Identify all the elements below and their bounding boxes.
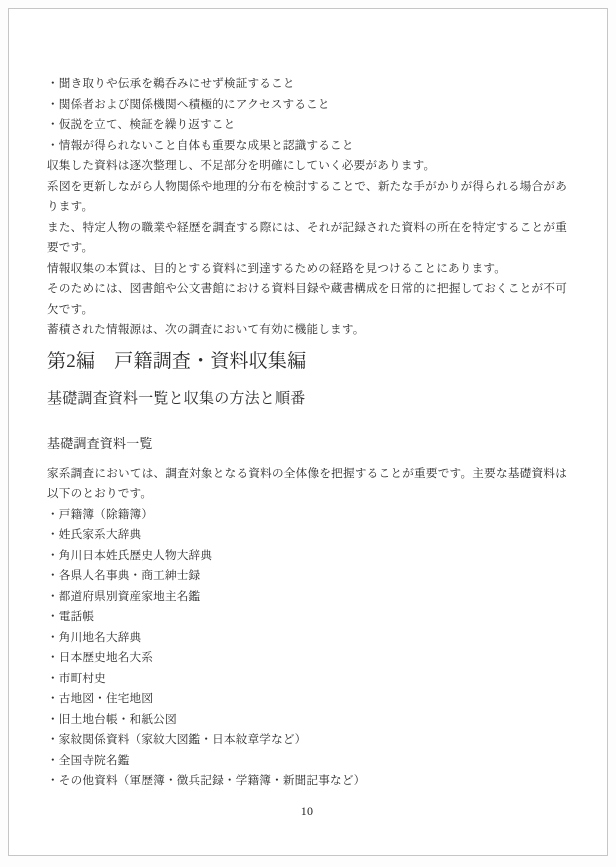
list-item: ・姓氏家系大辞典 (47, 525, 567, 546)
paragraph: 収集した資料は逐次整理し、不足部分を明確にしていく必要があります。 (47, 156, 567, 177)
list-item: ・旧土地台帳・和紙公図 (47, 710, 567, 731)
list-item: ・家紋関係資料（家紋大図鑑・日本紋章学など） (47, 730, 567, 751)
list-item: ・都道府県別資産家地主名鑑 (47, 587, 567, 608)
list-item: ・市町村史 (47, 669, 567, 690)
list-item: ・その他資料（軍歴簿・徴兵記録・学籍簿・新聞記事など） (47, 771, 567, 792)
bullet-item: ・関係者および関係機関へ積極的にアクセスすること (47, 95, 567, 116)
list-item: ・電話帳 (47, 607, 567, 628)
paragraph: 蓄積された情報源は、次の調査において有効に機能します。 (47, 320, 567, 341)
bullet-item: ・仮説を立て、検証を繰り返すこと (47, 115, 567, 136)
resource-list: ・戸籍簿（除籍簿） ・姓氏家系大辞典 ・角川日本姓氏歴史人物大辞典 ・各県人名事… (47, 505, 567, 792)
page-content: ・聞き取りや伝承を鵜呑みにせず検証すること ・関係者および関係機関へ積極的にアク… (9, 9, 607, 821)
chapter-subheading: 基礎調査資料一覧と収集の方法と順番 (47, 388, 567, 410)
document-canvas: ・聞き取りや伝承を鵜呑みにせず検証すること ・関係者および関係機関へ積極的にアク… (0, 0, 616, 867)
document-page: ・聞き取りや伝承を鵜呑みにせず検証すること ・関係者および関係機関へ積極的にアク… (8, 8, 608, 856)
list-item: ・各県人名事典・商工紳士録 (47, 566, 567, 587)
body-paragraphs: 収集した資料は逐次整理し、不足部分を明確にしていく必要があります。 系図を更新し… (47, 156, 567, 341)
bullet-item: ・聞き取りや伝承を鵜呑みにせず検証すること (47, 74, 567, 95)
section-intro-paragraph: 家系調査においては、調査対象となる資料の全体像を把握することが重要です。主要な基… (47, 464, 567, 505)
paragraph: また、特定人物の職業や経歴を調査する際には、それが記録された資料の所在を特定する… (47, 218, 567, 259)
list-item: ・全国寺院名鑑 (47, 751, 567, 772)
bullet-item: ・情報が得られないこと自体も重要な成果と認識すること (47, 136, 567, 157)
list-item: ・角川地名大辞典 (47, 628, 567, 649)
list-item: ・戸籍簿（除籍簿） (47, 505, 567, 526)
list-item: ・日本歴史地名大系 (47, 648, 567, 669)
list-item: ・古地図・住宅地図 (47, 689, 567, 710)
paragraph: そのためには、図書館や公文書館における資料目録や蔵書構成を日常的に把握しておくこ… (47, 279, 567, 320)
paragraph: 情報収集の本質は、目的とする資料に到達するための経路を見つけることにあります。 (47, 259, 567, 280)
section-title: 基礎調査資料一覧 (47, 434, 567, 454)
list-item: ・角川日本姓氏歴史人物大辞典 (47, 546, 567, 567)
chapter-heading: 第2編 戸籍調査・資料収集編 (47, 349, 567, 375)
paragraph: 系図を更新しながら人物関係や地理的分布を検討することで、新たな手がかりが得られる… (47, 177, 567, 218)
checklist-bullets: ・聞き取りや伝承を鵜呑みにせず検証すること ・関係者および関係機関へ積極的にアク… (47, 74, 567, 156)
page-number: 10 (47, 801, 567, 822)
